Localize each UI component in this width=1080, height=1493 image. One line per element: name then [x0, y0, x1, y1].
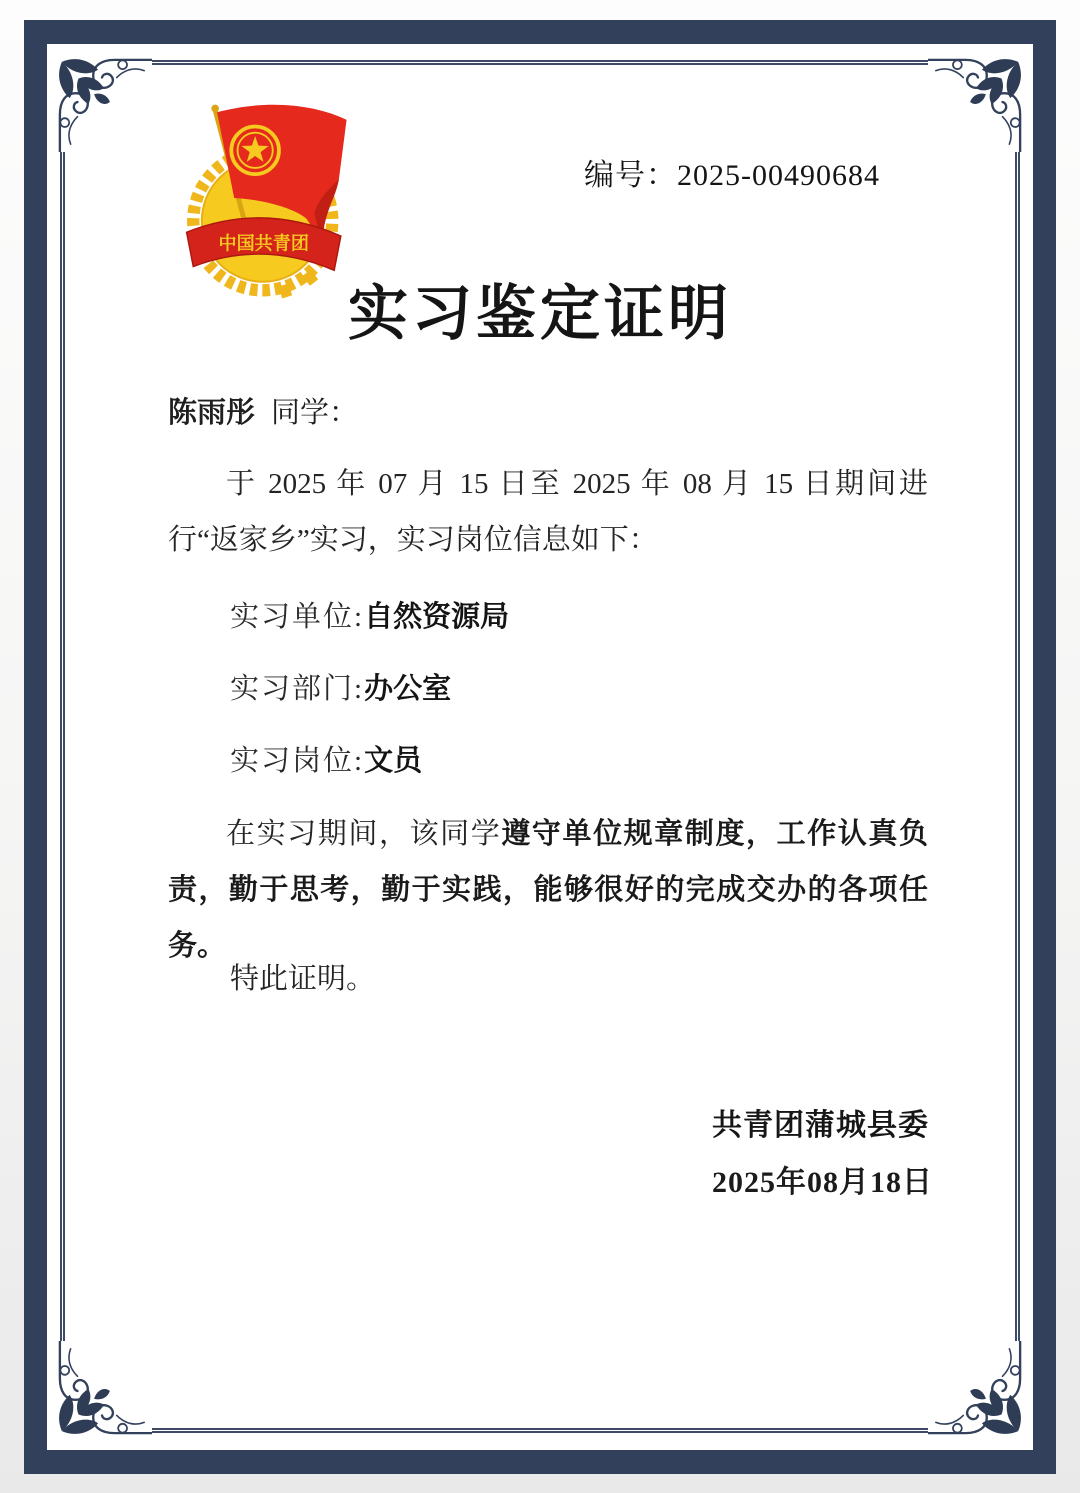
field-value: 办公室 [364, 673, 451, 705]
student-name: 陈雨彤 [168, 397, 255, 429]
salutation-suffix: 同学： [271, 397, 358, 429]
field-value: 文员 [364, 745, 422, 777]
salutation-line: 陈雨彤同学： [168, 390, 358, 431]
emblem-banner-text: 中国共青团 [219, 232, 309, 253]
serial-label: 编号： [584, 159, 677, 192]
field-row-unit: 实习单位:自然资源局 [230, 594, 509, 635]
field-row-department: 实习部门:办公室 [230, 666, 451, 707]
field-label: 实习部门: [230, 673, 364, 705]
closing-statement: 特此证明。 [230, 956, 375, 997]
field-row-position: 实习岗位:文员 [230, 738, 422, 779]
certificate-page: 中国共青团 编号：2025-00490684 实习鉴定证明 陈雨彤同学： 于 2… [0, 0, 1080, 1493]
issue-date: 2025年08月18日 [712, 1157, 933, 1201]
corner-flourish-icon [928, 54, 1026, 152]
field-label: 实习单位: [230, 601, 364, 633]
serial-number: 2025-00490684 [677, 159, 880, 192]
border-line-top [152, 60, 928, 65]
certificate-title: 实习鉴定证明 [0, 266, 1080, 352]
evaluation-prefix: 在实习期间，该同学 [226, 818, 501, 850]
serial-number-line: 编号：2025-00490684 [584, 150, 880, 194]
border-line-bottom [152, 1428, 928, 1433]
corner-flourish-icon [54, 1341, 152, 1439]
corner-flourish-icon [928, 1341, 1026, 1439]
corner-flourish-icon [54, 54, 152, 152]
field-value: 自然资源局 [364, 601, 509, 633]
signature-block: 共青团蒲城县委 2025年08月18日 [712, 1100, 933, 1201]
field-label: 实习岗位: [230, 745, 364, 777]
issuer-name: 共青团蒲城县委 [712, 1100, 933, 1144]
evaluation-paragraph: 在实习期间，该同学遵守单位规章制度，工作认真负责，勤于思考，勤于实践，能够很好的… [168, 806, 928, 974]
intro-paragraph: 于 2025 年 07 月 15 日至 2025 年 08 月 15 日期间进行… [168, 456, 928, 568]
